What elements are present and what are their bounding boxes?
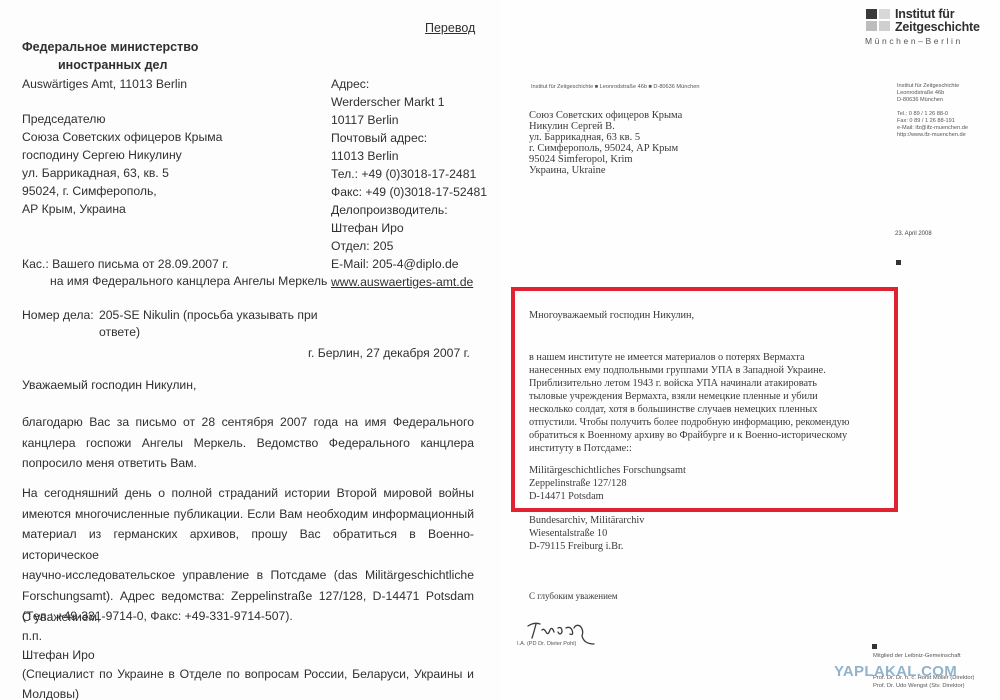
bullet-square-icon xyxy=(872,644,877,649)
postal-label: Почтовый адрес: xyxy=(331,131,427,145)
address-line: Militärgeschichtliches Forschungsamt xyxy=(529,464,686,477)
ministry-title-line2: иностранных дел xyxy=(58,58,167,72)
closing: С уважением, xyxy=(22,610,100,624)
case-label: Номер дела: xyxy=(22,308,94,322)
body-line: Приблизительно летом 1943 г. войска УПА … xyxy=(529,377,849,390)
body-line: отпустили. Чтобы получить более подробну… xyxy=(529,416,849,429)
return-address-line: Institut für Zeitgeschichte ■ Leonrodstr… xyxy=(531,84,699,91)
paragraph-line: материал из германских архивов, прошу Ва… xyxy=(22,524,474,565)
body-line: нанесенных ему подпольными группами УПА … xyxy=(529,364,849,377)
logo-line3: München–Berlin xyxy=(865,36,963,46)
sender-line: Auswärtiges Amt, 11013 Berlin xyxy=(22,77,187,91)
foreign-office-letter: Перевод Федеральное министерство иностра… xyxy=(0,0,500,700)
letter-date: 23. April 2008 xyxy=(895,231,932,237)
sidebar-line: Leonrodstraße 46b xyxy=(897,90,944,97)
logo-line1: Institut für xyxy=(895,7,954,21)
street: Werderscher Markt 1 xyxy=(331,95,445,109)
email: E-Mail: 205-4@diplo.de xyxy=(331,257,459,271)
body-line: обратиться к Военному архиву во Фрайбург… xyxy=(529,429,849,442)
recipient-line: Никулин Сергей В. xyxy=(529,121,682,132)
body-line: институту в Потсдаме:: xyxy=(529,442,849,455)
website-link[interactable]: www.auswaertiges-amt.de xyxy=(331,275,473,289)
place-date: г. Берлин, 27 декабря 2007 г. xyxy=(308,346,470,360)
paragraph-line: канцлера госпожи Ангелы Меркель. Ведомст… xyxy=(22,433,474,454)
recipient-line: ул. Баррикадная, 63, кв. 5 xyxy=(22,166,169,180)
city: 10117 Berlin xyxy=(331,113,399,127)
address-line: Zeppelinstraße 127/128 xyxy=(529,477,686,490)
salutation: Уважаемый господин Никулин, xyxy=(22,378,196,392)
postal-city: 11013 Berlin xyxy=(331,149,399,163)
logo-line2: Zeitgeschichte xyxy=(895,20,980,34)
clerk-name: Штефан Иро xyxy=(331,221,404,235)
case-value: 205-SE Nikulin (просьба указывать при xyxy=(99,308,318,322)
footer-director: Prof. Dr. Udo Wengst (Stv. Direktor) xyxy=(873,683,965,689)
signature-caption: I.A. (PD Dr. Dieter Pohl) xyxy=(517,641,576,647)
clerk-label: Делопроизводитель: xyxy=(331,203,448,217)
recipient-line: Союз Советских офицеров Крыма xyxy=(529,110,682,121)
logo-square-icon xyxy=(866,9,877,19)
body-line: в нашем институте не имеется материалов … xyxy=(529,351,849,364)
department: Отдел: 205 xyxy=(331,239,393,253)
recipient-line: Украина, Ukraine xyxy=(529,165,682,176)
signer-title-line: Молдовы) xyxy=(22,684,474,700)
fax: Факс: +49 (0)3018-17-52481 xyxy=(331,185,487,199)
recipient-block: Союз Советских офицеров Крыма Никулин Се… xyxy=(529,110,682,176)
reference-line: Кас.: Вашего письма от 28.09.2007 г. xyxy=(22,257,229,271)
address-line: Wiesentalstraße 10 xyxy=(529,527,644,540)
address-potsdam: Militärgeschichtliches Forschungsamt Zep… xyxy=(529,464,686,503)
paragraph-2: На сегодняшний день о полной страданий и… xyxy=(22,483,474,627)
paragraph-line: попросило меня ответить Вам. xyxy=(22,453,474,474)
paragraph-line: Forschungsamt). Адрес ведомства: Zeppeli… xyxy=(22,586,474,607)
translation-label: Перевод xyxy=(425,21,475,35)
signer-title-line: (Специалист по Украине в Отделе по вопро… xyxy=(22,664,474,684)
paragraph-line: На сегодняшний день о полной страданий и… xyxy=(22,483,474,504)
sidebar-line: D-80636 München xyxy=(897,97,943,104)
footer-member: Mitglied der Leibniz-Gemeinschaft xyxy=(873,653,961,659)
body-line: несколько солдат, хотя в большинстве слу… xyxy=(529,403,849,416)
paragraph-line: имеются многочисленные публикации. Если … xyxy=(22,504,474,525)
recipient-line: АР Крым, Украина xyxy=(22,202,126,216)
sidebar-line: Institut für Zeitgeschichte xyxy=(897,83,959,90)
logo-square-icon xyxy=(866,21,877,31)
logo-square-icon xyxy=(879,21,890,31)
recipient-line: 95024 Simferopol, Krim xyxy=(529,154,682,165)
reference-line: на имя Федерального канцлера Ангелы Мерк… xyxy=(50,274,327,288)
recipient-line: Союза Советских офицеров Крыма xyxy=(22,130,222,144)
salutation: Многоуважаемый господин Никулин, xyxy=(529,309,694,322)
address-line: Bundesarchiv, Militärarchiv xyxy=(529,514,644,527)
address-label: Адрес: xyxy=(331,77,369,91)
signer-name: Штефан Иро xyxy=(22,648,95,662)
logo-square-icon xyxy=(879,9,890,19)
recipient-line: Председателю xyxy=(22,112,105,126)
recipient-line: ул. Баррикадная, 63 кв. 5 xyxy=(529,132,682,143)
address-line: D-14471 Potsdam xyxy=(529,490,686,503)
signer-title: (Специалист по Украине в Отделе по вопро… xyxy=(22,664,474,700)
sidebar-line: Tel.: 0 89 / 1 26 88-0 xyxy=(897,111,948,118)
pp: п.п. xyxy=(22,629,42,643)
case-value: ответе) xyxy=(99,325,140,339)
phone: Тел.: +49 (0)3018-17-2481 xyxy=(331,167,476,181)
sidebar-line: Fax: 0 89 / 1 26 88-191 xyxy=(897,118,955,125)
recipient-line: 95024, г. Симферополь, xyxy=(22,184,157,198)
recipient-line: господину Сергею Никулину xyxy=(22,148,182,162)
closing: С глубоким уважением xyxy=(529,590,618,603)
letter-body: в нашем институте не имеется материалов … xyxy=(529,351,849,455)
paragraph-line: благодарю Вас за письмо от 28 сентября 2… xyxy=(22,412,474,433)
recipient-line: г. Симферополь, 95024, АР Крым xyxy=(529,143,682,154)
sidebar-line: e-Mail: ifz@ifz-muenchen.de xyxy=(897,125,968,132)
watermark: YAPLAKAL.COM xyxy=(834,663,957,680)
body-line: тыловые учреждения Вермахта, взяли немец… xyxy=(529,390,849,403)
paragraph-1: благодарю Вас за письмо от 28 сентября 2… xyxy=(22,412,474,474)
ifz-letter: Institut für Zeitgeschichte München–Berl… xyxy=(500,0,1000,700)
address-freiburg: Bundesarchiv, Militärarchiv Wiesentalstr… xyxy=(529,514,644,553)
address-line: D-79115 Freiburg i.Br. xyxy=(529,540,644,553)
bullet-square-icon xyxy=(896,260,901,265)
sidebar-line: http://www.ifz-muenchen.de xyxy=(897,132,966,139)
paragraph-line: научно-исследовательское управление в По… xyxy=(22,565,474,586)
ministry-title-line1: Федеральное министерство xyxy=(22,40,198,54)
